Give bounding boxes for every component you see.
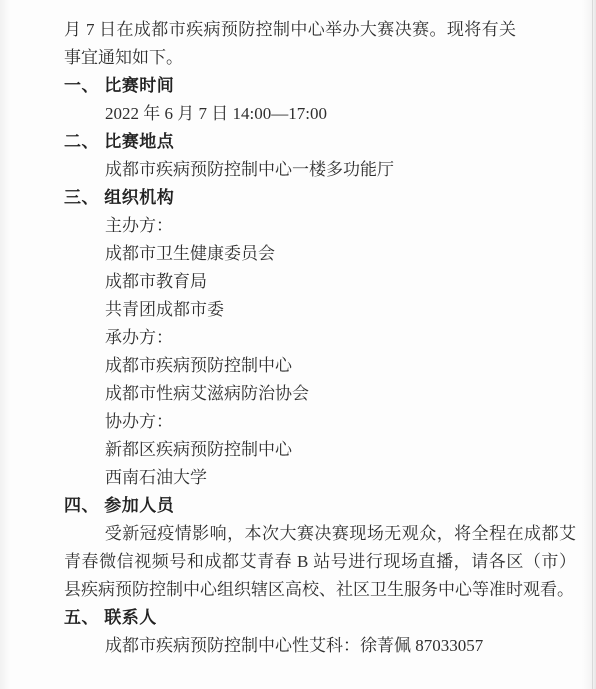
section-heading-contact: 五、 联系人 xyxy=(64,604,596,632)
org-item: 共青团成都市委 xyxy=(64,296,596,324)
intro-paragraph: 月 7 日在成都市疾病预防控制中心举办大赛决赛。现将有关事宜通知如下。 xyxy=(64,16,516,72)
organization-list: 主办方： 成都市卫生健康委员会 成都市教育局 共青团成都市委 承办方： 成都市疾… xyxy=(64,212,596,492)
org-item: 成都市性病艾滋病防治协会 xyxy=(64,380,596,408)
org-item: 新都区疾病预防控制中心 xyxy=(64,436,596,464)
section-heading-location: 二、 比赛地点 xyxy=(64,128,596,156)
org-item: 成都市教育局 xyxy=(64,268,596,296)
competition-location: 成都市疾病预防控制中心一楼多功能厅 xyxy=(64,156,596,184)
org-item: 西南石油大学 xyxy=(64,464,596,492)
org-item: 成都市卫生健康委员会 xyxy=(64,240,596,268)
participants-paragraph: 受新冠疫情影响，本次大赛决赛现场无观众，将全程在成都艾青春微信视频号和成都艾青春… xyxy=(64,520,576,604)
section-heading-time: 一、 比赛时间 xyxy=(64,72,596,100)
org-item: 协办方： xyxy=(64,408,596,436)
org-item: 承办方： xyxy=(64,324,596,352)
org-item: 成都市疾病预防控制中心 xyxy=(64,352,596,380)
org-item: 主办方： xyxy=(64,212,596,240)
contact-line: 成都市疾病预防控制中心性艾科：徐菁佩 87033057 xyxy=(64,632,596,660)
document-page: 月 7 日在成都市疾病预防控制中心举办大赛决赛。现将有关事宜通知如下。 一、 比… xyxy=(0,0,596,689)
section-heading-organizers: 三、 组织机构 xyxy=(64,184,596,212)
competition-time: 2022 年 6 月 7 日 14:00—17:00 xyxy=(64,100,596,128)
section-heading-participants: 四、 参加人员 xyxy=(64,492,596,520)
